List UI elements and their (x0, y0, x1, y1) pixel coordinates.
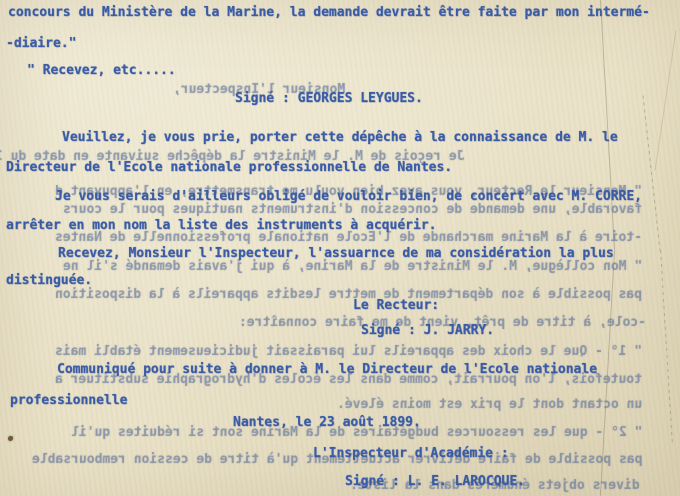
letter-body-line: concours du Ministère de la Marine, la d… (8, 5, 650, 20)
ink-spot (8, 436, 13, 441)
crease-line (655, 31, 677, 171)
letter-body-line: Je vous serais d'ailleurs obligé de voul… (55, 189, 642, 204)
signature-jarry: Signé : J. JARRY. (361, 323, 494, 338)
bleedthrough-line: " Mon collègue, M. le Ministre de la Mar… (63, 259, 642, 274)
letter-closing-line: " Recevez, etc..... (27, 63, 176, 78)
signature-leygues: Signé : GEORGES LEYGUES. (235, 91, 423, 106)
letter-body-line: Directeur de l'Ecole nationale professio… (6, 160, 452, 175)
crease-line (643, 95, 661, 250)
bleedthrough-line: pas possible à son département de mettre… (55, 287, 642, 302)
bleedthrough-line: " 1° - Que le choix des appareils lui pa… (55, 344, 642, 359)
date-place-line: Nantes, le 23 août 1899. (233, 415, 421, 430)
transmittal-note-line: professionnelle (10, 393, 127, 408)
letter-body-line: -diaire." (6, 36, 76, 51)
letter-closing-line: Recevez, Monsieur l'Inspecteur, l'assuar… (58, 246, 614, 261)
inspector-title-line: L'Inspecteur d'Académie : (313, 446, 509, 461)
bleedthrough-line: un octant dont le prix est moins élevé. (337, 397, 642, 412)
crease-line (660, 250, 673, 446)
signature-larocque: Signé : L. E. LAROCQUE. (345, 474, 525, 489)
bleedthrough-line: favorable, une demande de concession d'i… (63, 202, 642, 217)
transmittal-note-line: Communiqué pour suite à donner à M. le D… (57, 362, 597, 377)
letter-body-line: Veuillez, je vous prie, porter cette dép… (62, 130, 618, 145)
letter-closing-line: distinguée. (6, 273, 92, 288)
letter-body-line: arrêter en mon nom la liste des instrume… (6, 218, 436, 233)
scanned-letter-page: Monsieur l'Inspecteur, Je reçois de M. l… (0, 0, 680, 496)
recteur-title-line: Le Recteur: (353, 298, 439, 313)
